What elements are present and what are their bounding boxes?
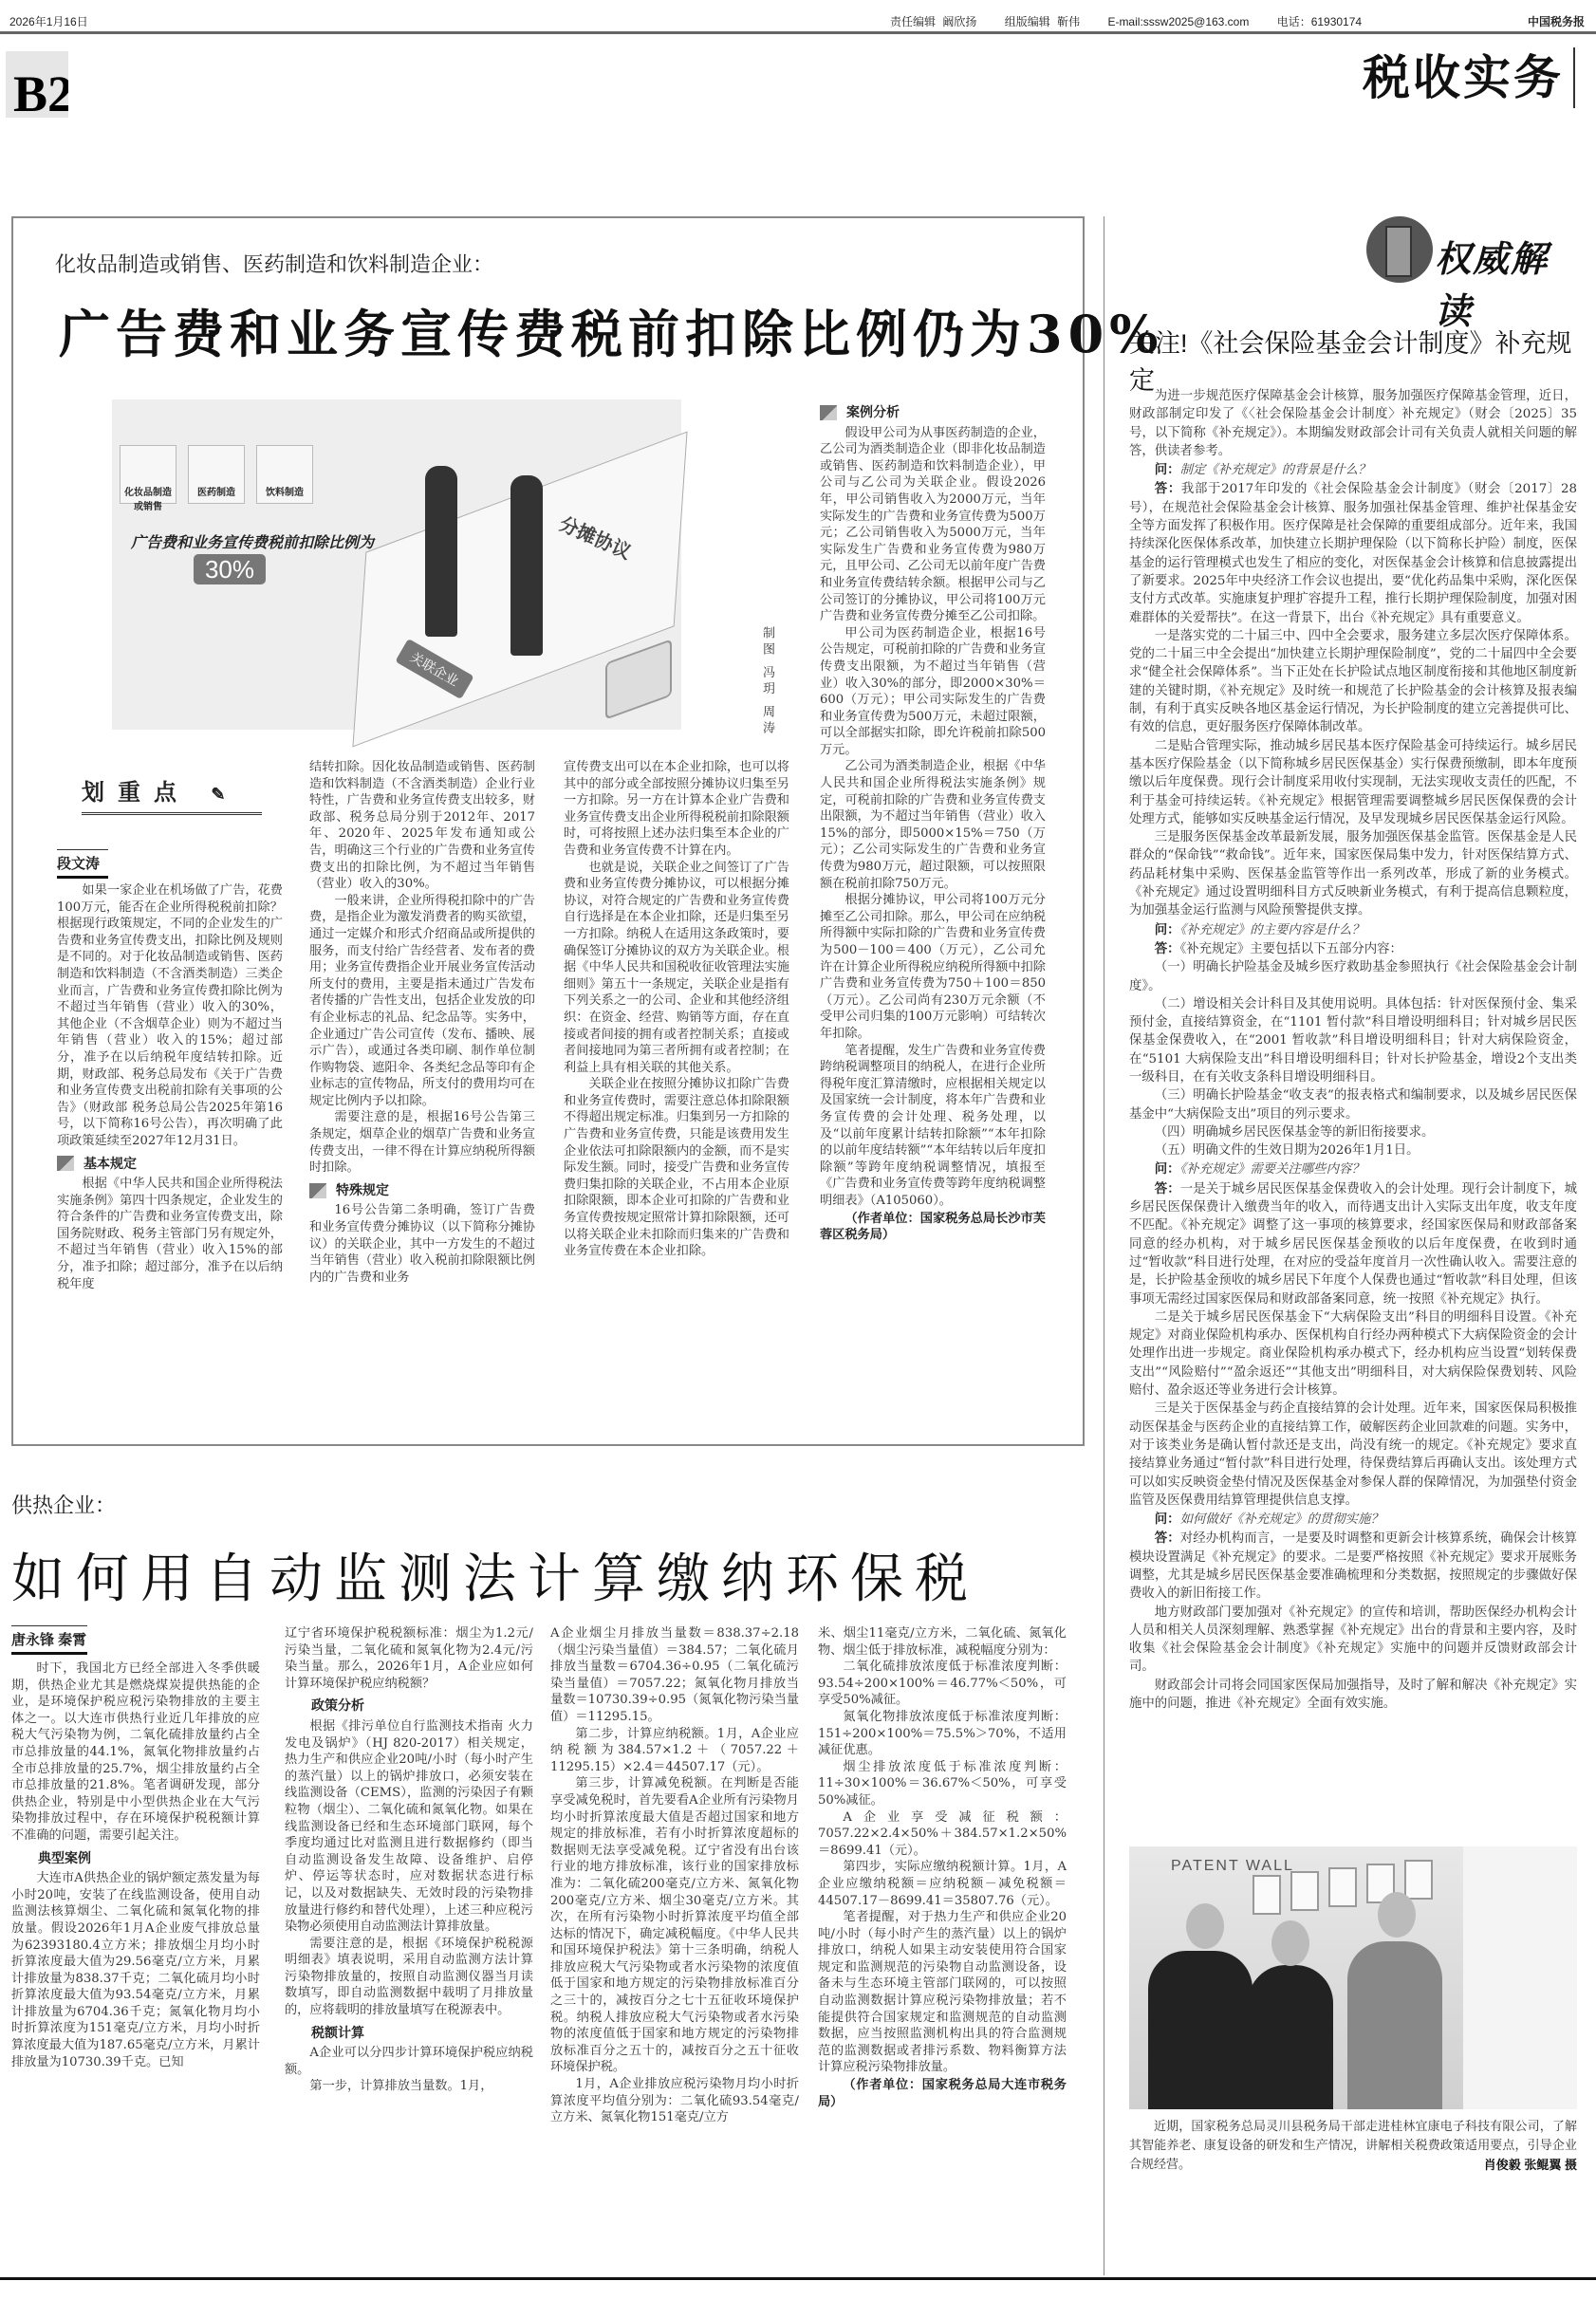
paper-name: 中国税务报 [1528,13,1585,29]
article1-kicker: 化妆品制造或销售、医药制造和饮料制造企业： [55,249,493,278]
page-bottom-rule [0,2277,1596,2280]
cosmetics-tile: 化妆品制造或销售 [120,445,176,504]
beverage-tile: 饮料制造 [256,445,313,504]
subhead-typical-case: 典型案例 [11,1850,260,1867]
sidebar-divider [1104,216,1104,2275]
editor-info: 责任编辑 阚欣扬 组版编辑 靳伟 E-mail:sssw2025@163.com… [890,13,1362,29]
question-3: 《补充规定》需要关注哪些内容？ [1180,1162,1364,1177]
face [1378,1892,1416,1938]
article1-col3: 宣传费支出可以在本企业扣除，也可以将其中的部分或全部按照分摊协议归集至另一方扣除… [564,759,789,1260]
issue-date: 2026年1月16日 [9,13,88,29]
article1-col2: 结转扣除。因化妆品制造或销售、医药制造和饮料制造（不含酒类制造）企业行业特性，广… [309,759,535,1286]
industry-tiles: 化妆品制造或销售 医药制造 饮料制造 [120,445,313,504]
businessman-right-icon [510,475,543,656]
question-4: 如何做好《补充规定》的贯彻实施？ [1180,1512,1383,1527]
calculator-icon [605,639,672,719]
photo-byline: 肖俊毅 张鲲翼 摄 [1484,2156,1577,2175]
article1-byline: 段文涛 [57,849,108,879]
pencil-bulb-icon: ✎ [211,785,225,805]
certificate-frame [1328,1867,1357,1907]
podium-icon [1385,226,1412,277]
tax-officer-male [1148,1951,1253,2109]
article2-author-unit: （作者单位：国家税务总局大连市税务局） [818,2076,1067,2109]
article1-author-unit: （作者单位：国家税务总局长沙市芙蓉区税务局） [820,1210,1046,1243]
certificate-frame [1253,1875,1281,1915]
subhead-basic-rules: 基本规定 [57,1156,283,1173]
question-1: 制定《补充规定》的背景是什么？ [1180,463,1371,477]
section-title: 税收实务 [1363,47,1575,108]
article2-col2: 辽宁省环境保护税税额标准：烟尘为1.2元/污染当量，二氧化硫和氮氧化物为2.4元… [285,1625,533,2095]
article2-headline: 如何用自动监测法计算缴纳环保税 [11,1537,979,1613]
page-number: B2 [6,51,68,118]
article1-illustration: 化妆品制造或销售 医药制造 饮料制造 广告费和业务宣传费税前扣除比例为 30% … [112,399,681,730]
square-bullet-icon [820,405,837,420]
certificate-frame [1404,1860,1433,1900]
masthead-bar: 2026年1月16日 责任编辑 阚欣扬 组版编辑 靳伟 E-mail:sssw2… [0,0,1596,34]
article1-headline: 广告费和业务宣传费税前扣除比例仍为30% [59,294,1163,367]
square-bullet-icon [57,1156,74,1171]
illustration-caption: 广告费和业务宣传费税前扣除比例为 [131,530,374,552]
news-photo: PATENT WALL [1129,1846,1577,2109]
illustration-credit: 制图 冯玥 周涛 [759,626,777,737]
phone: 电话：61930174 [1277,15,1362,28]
certificate-frame [1290,1871,1319,1911]
sidebar-headline: 关注!《社会保险基金会计制度》补充规定 [1129,323,1596,397]
face [1186,1903,1224,1949]
article1-col1: 如果一家企业在机场做了广告，花费100万元，能否在企业所得税税前扣除？根据现行政… [57,882,283,1292]
column-banner-highlight: 划重点 ✎ [82,773,262,815]
square-bullet-icon [309,1183,326,1198]
article2-col4: 米、烟尘11毫克/立方米，二氧化硫、氮氧化物、烟尘低于排放标准，减税幅度分别为：… [818,1625,1067,2109]
pharma-tile: 医药制造 [188,445,245,504]
question-2: 《补充规定》的主要内容是什么？ [1180,923,1364,937]
subhead-special-rules: 特殊规定 [309,1182,535,1199]
tax-officer-female [1248,1965,1333,2109]
article2-col3: A企业烟尘月排放当量数＝838.37÷2.18（烟尘污染当量值）＝384.57；… [550,1625,799,2126]
article2-col1: 时下，我国北方已经全部进入冬季供暖期，供热企业尤其是燃烧煤炭提供热能的企业，是环… [11,1660,260,2070]
patent-wall-sign: PATENT WALL [1171,1858,1294,1875]
face [1271,1920,1309,1966]
subhead-case-analysis: 案例分析 [820,404,1046,421]
company-representative [1347,1941,1442,2109]
subhead-tax-calculation: 税额计算 [285,2025,533,2042]
sidebar-body: 为进一步规范医疗保障基金会计核算，服务加强医疗保障基金管理，近日，财政部制定印发… [1129,387,1577,1713]
businessman-left-icon [425,466,457,637]
product-display-rack [1463,1846,1577,2109]
article2-byline: 唐永锋 秦霄 [11,1625,87,1655]
subhead-policy-analysis: 政策分析 [285,1697,533,1715]
article2-kicker: 供热企业： [11,1490,116,1519]
authority-interpretation-logo: 权威解读 [1366,216,1585,296]
percent-badge: 30% [194,554,266,584]
email-link[interactable]: E-mail:sssw2025@163.com [1107,15,1249,28]
photo-caption: 近期，国家税务总局灵川县税务局干部走进桂林宜康电子科技有限公司，了解其智能养老、… [1129,2118,1577,2175]
article1-col4: 案例分析 假设甲公司为从事医药制造的企业，乙公司为酒类制造企业（即非化妆品制造或… [820,399,1046,1243]
